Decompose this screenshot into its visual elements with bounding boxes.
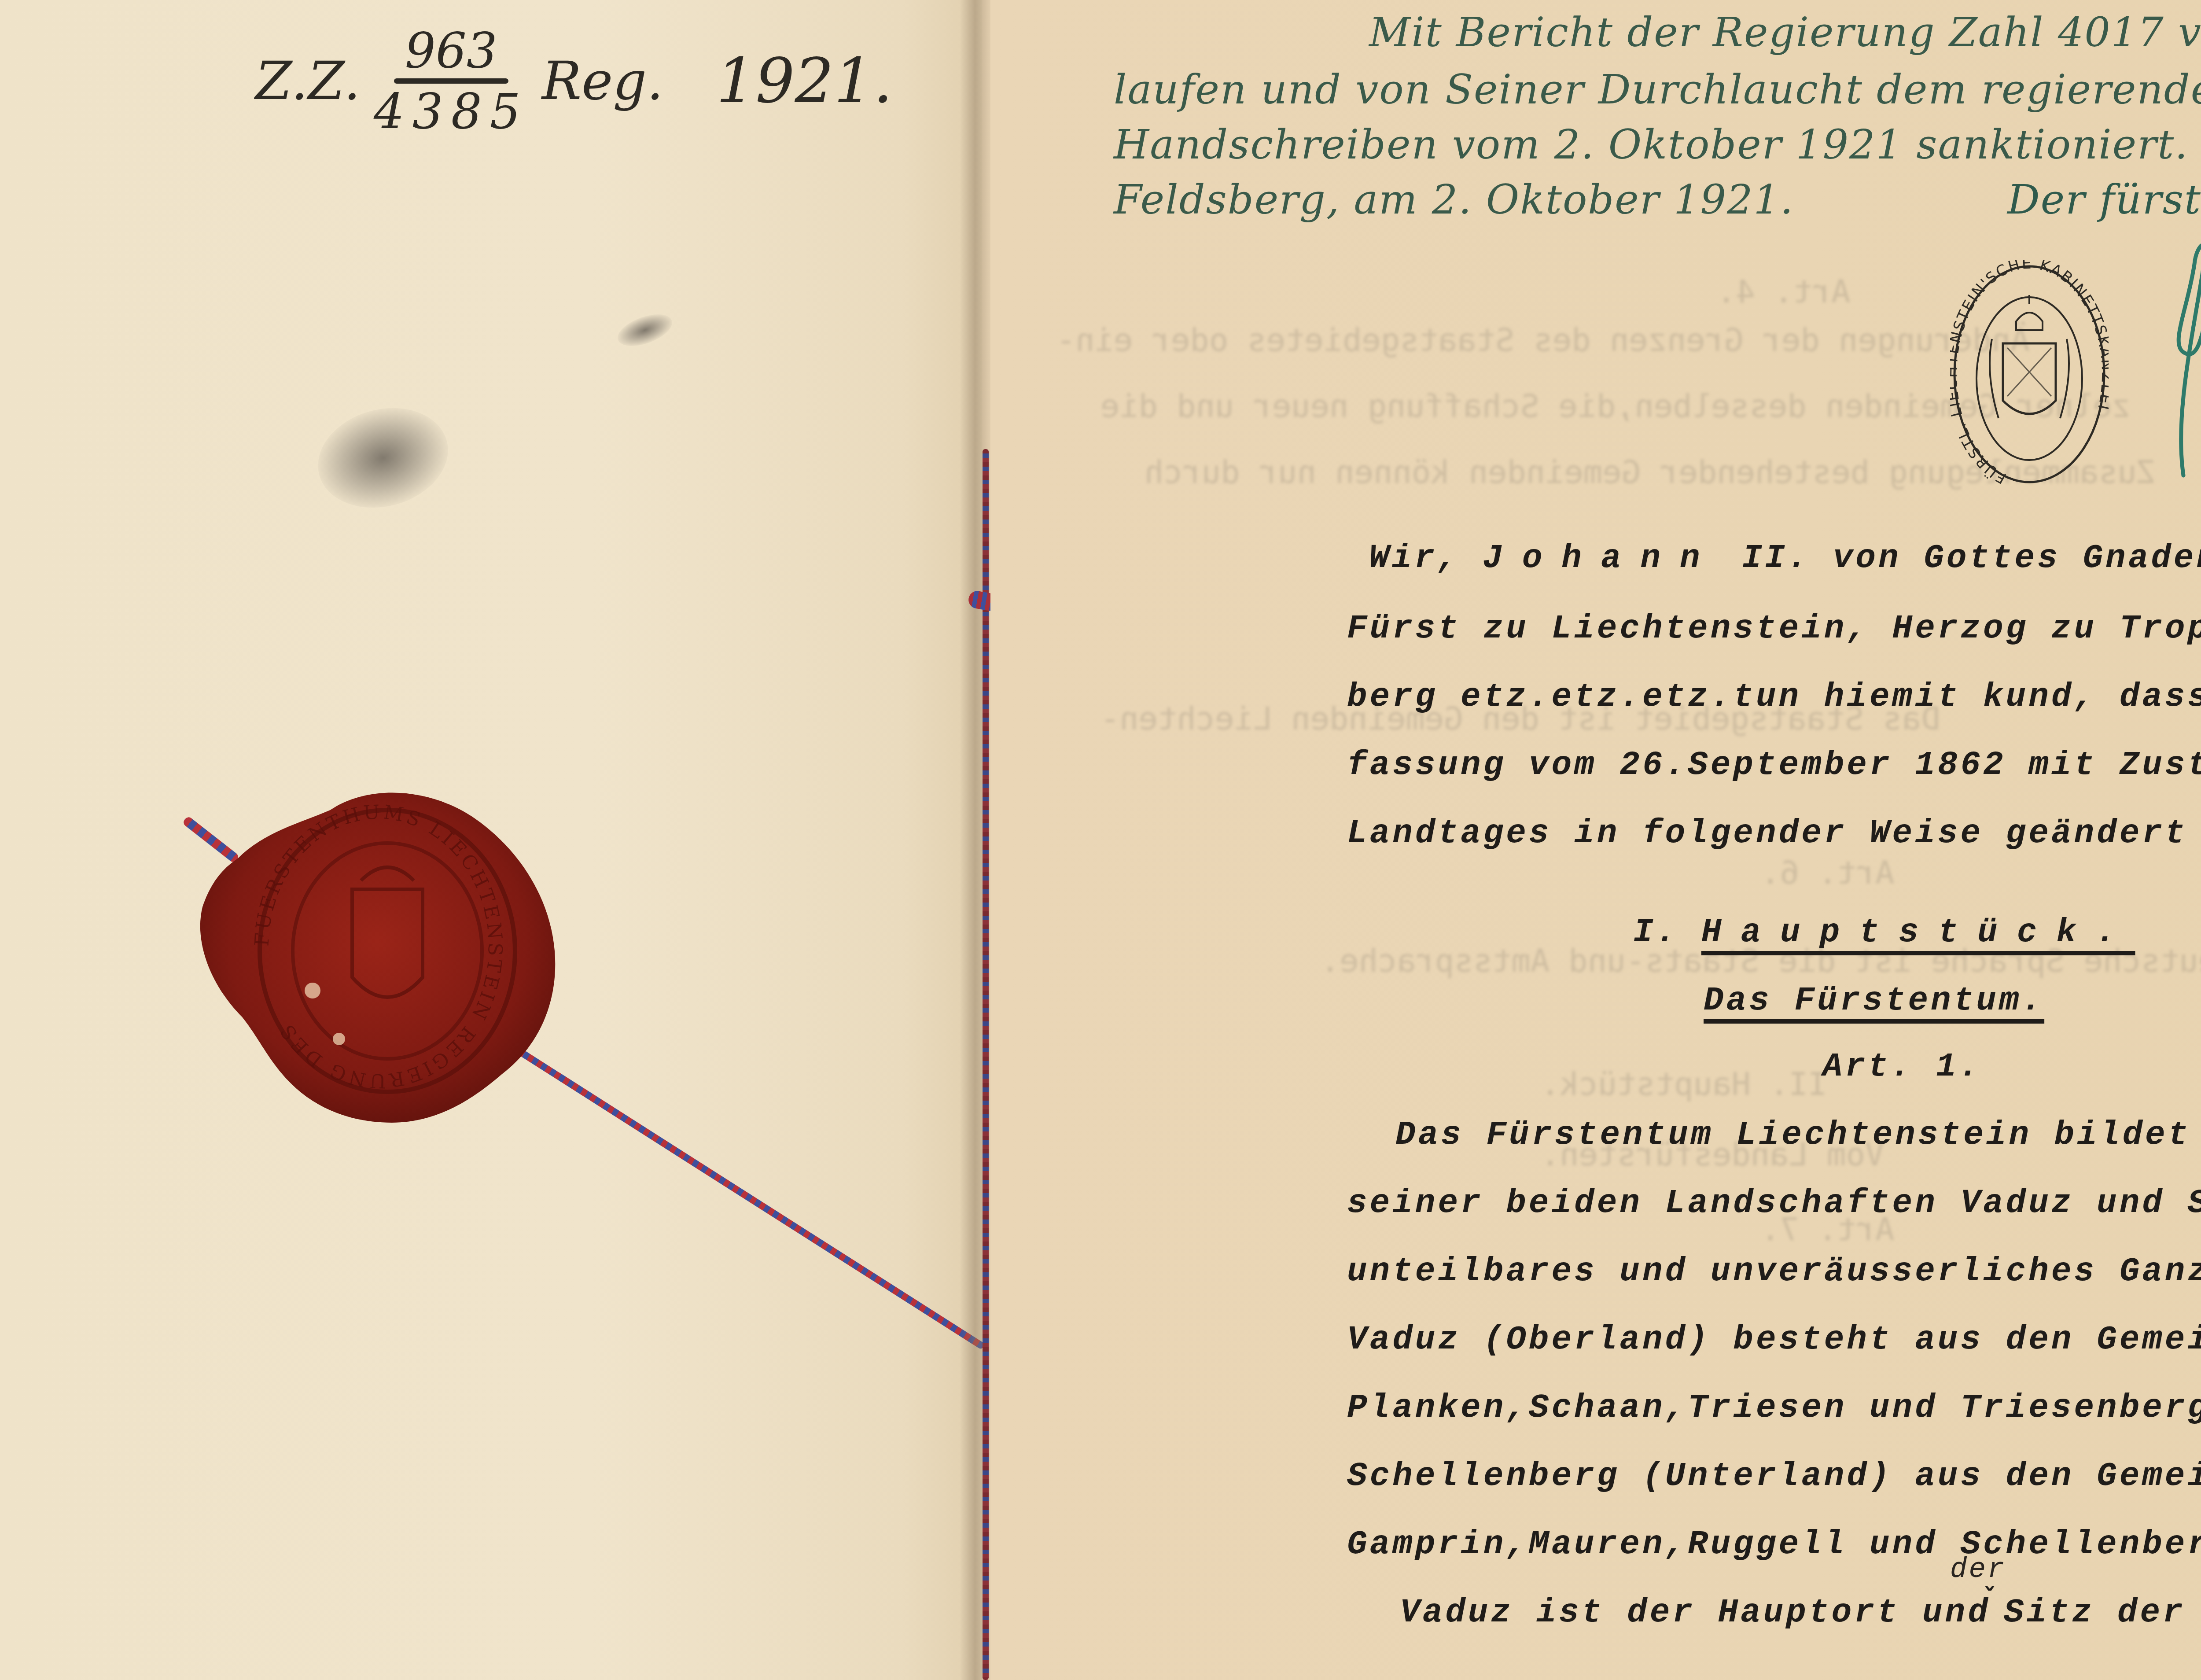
bleed-through-text: Art. 4. xyxy=(1717,273,1850,310)
registry-note: Z.Z. 963 4385 Reg. 1921. xyxy=(255,26,893,136)
article1-line-3: unteilbares und unveräusserliches Ganzes… xyxy=(1347,1253,2201,1290)
preamble-line-1: Wir, Johann II. von Gottes Gnaden souver… xyxy=(1369,539,2201,577)
sanction-annotation-line-3: Handschreiben vom 2. Oktober 1921 sankti… xyxy=(1114,121,2188,168)
chapter-number: I. xyxy=(1633,914,1678,951)
preamble-wir: Wir, xyxy=(1369,539,1460,577)
article1-line-8-part1: Vaduz ist der Hauptort und xyxy=(1400,1594,1991,1632)
signatory-title: Der fürstliche Kabinettsdirektor: xyxy=(2007,176,2201,223)
cabinet-stamp-icon: FÜRSTL. LIECHTENSTEIN'SCHE KABINETTSKANZ… xyxy=(1950,260,2109,489)
chapter-subtitle: Das Fürstentum. xyxy=(1704,982,2044,1020)
article-heading: Art. 1. xyxy=(1822,1048,1981,1086)
handwritten-insertion: der xyxy=(1950,1554,2006,1586)
sanction-annotation-line-1: Mit Bericht der Regierung Zahl 4017 vom … xyxy=(1369,9,2201,56)
svg-text:FÜRSTL. LIECHTENSTEIN'SCHE KAB: FÜRSTL. LIECHTENSTEIN'SCHE KABINETTSKANZ… xyxy=(1950,260,2109,487)
wax-seal-icon: FUERSTENTHUMS LIECHTENSTEIN REGIERUNG DE… xyxy=(185,757,572,1136)
preamble-line-2: Fürst zu Liechtenstein, Herzog zu Troppa… xyxy=(1347,610,2201,648)
article1-line-8: Vaduz ist der Hauptort undSitz der Lande… xyxy=(1400,1594,2201,1632)
preamble-line-3: berg etz.etz.etz.tun hiemit kund, dass v… xyxy=(1347,678,2201,716)
preamble-line-5: Landtages in folgender Weise geändert wo… xyxy=(1347,814,2201,852)
registry-denominator: 4385 xyxy=(374,84,529,136)
ink-smudge xyxy=(307,394,460,522)
sanction-annotation-line-2: laufen und von Seiner Durchlaucht dem re… xyxy=(1114,66,2201,113)
binding-cord xyxy=(983,449,989,1680)
seal-cord xyxy=(518,1048,986,1350)
ink-smudge xyxy=(614,308,677,353)
preamble-name: Johann xyxy=(1483,539,1719,577)
bleed-through-text: Art. 6. xyxy=(1761,854,1894,891)
article1-line-1: Das Fürstentum Liechtenstein bildet in d… xyxy=(1395,1116,2201,1154)
article1-line-2: seiner beiden Landschaften Vaduz und Sch… xyxy=(1347,1184,2201,1222)
bleed-through-text: Änderungen der Grenzen des Staatsgebiete… xyxy=(1056,321,2030,358)
article1-line-8-part2: Sitz der Landesbehörden. xyxy=(2004,1594,2201,1632)
preamble-rest: II. von Gottes Gnaden souveräner xyxy=(1742,539,2201,577)
left-page: Z.Z. 963 4385 Reg. 1921. FUERSTENTHUMS L… xyxy=(0,0,982,1680)
registry-fraction: 963 4385 xyxy=(374,26,529,136)
article1-line-5: Planken,Schaan,Triesen und Triesenberg,d… xyxy=(1347,1389,2201,1427)
place-date: Feldsberg, am 2. Oktober 1921. xyxy=(1114,176,1794,223)
bleed-through-text: II. Hauptstück. xyxy=(1541,1065,1827,1102)
article1-line-4: Vaduz (Oberland) besteht aus den Gemeind… xyxy=(1347,1321,2201,1359)
chapter-title: Hauptstück. xyxy=(1701,914,2135,951)
registry-numerator: 963 xyxy=(405,26,497,78)
article1-line-7: Gamprin,Mauren,Ruggell und Schellenberg. xyxy=(1347,1525,2201,1563)
registry-prefix: Z.Z. xyxy=(255,51,361,112)
signature-josef-martin: Josef Martin xyxy=(2157,229,2201,493)
chapter-heading: I. Hauptstück. xyxy=(1633,914,2135,951)
registry-suffix: Reg. xyxy=(542,51,663,112)
article1-line-6: Schellenberg (Unterland) aus den Gemeind… xyxy=(1347,1457,2201,1495)
preamble-line-4: fassung vom 26.September 1862 mit Zustim… xyxy=(1347,746,2201,784)
registry-year: 1921. xyxy=(716,45,893,117)
